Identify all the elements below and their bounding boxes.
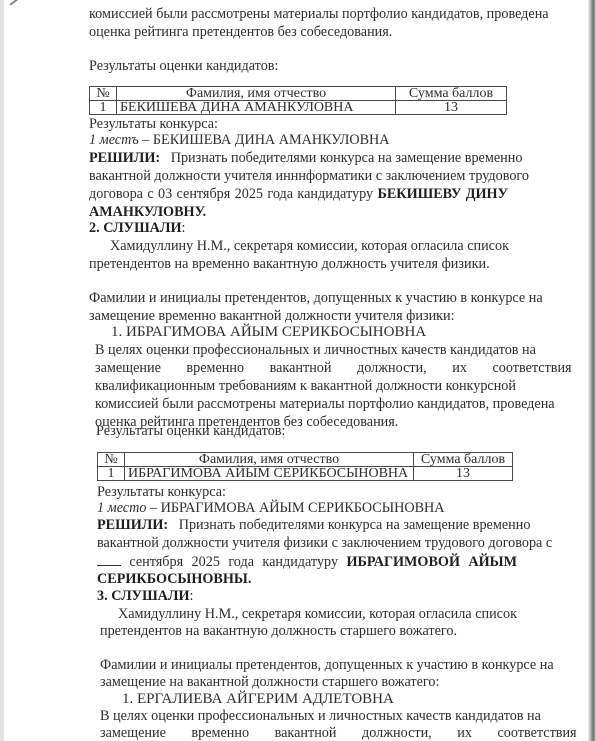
heading-text: 2. СЛУШАЛИ: [89, 220, 182, 236]
header-num: №: [90, 87, 117, 101]
cell-score: 13: [396, 101, 507, 115]
heard-line: претендентов на вакантную должность стар…: [100, 623, 519, 639]
header-score: Сумма баллов: [414, 453, 513, 467]
decided-text: сентября 2025 года кандидатуру: [129, 554, 338, 570]
document-page: комиссией были рассмотрены материалы пор…: [0, 0, 596, 741]
admitted-line: Фамилии и инициалы претендентов, допущен…: [89, 290, 508, 306]
eval-line: квалификационным требованиям к вакантной…: [95, 378, 516, 394]
results-contest-label: Результаты конкурса:: [97, 484, 397, 500]
header-num: №: [98, 453, 125, 467]
table-header-row: № Фамилия, имя отчество Сумма баллов: [90, 87, 507, 101]
results-contest-label: Результаты конкурса:: [89, 116, 389, 132]
place-dash: –: [139, 132, 153, 148]
decided-text: Признать победителями конкурса на замеще…: [179, 517, 531, 533]
cell-num: 1: [90, 101, 117, 115]
decided-text: договора с 03 сентября 2025 года кандида…: [89, 186, 373, 202]
header-name: Фамилия, имя отчество: [117, 87, 396, 101]
decided-candidate: СЕРИКБОСЫНОВНЫ.: [97, 571, 517, 587]
decided-line: сентября 2025 года кандидатуру ИБРАГИМОВ…: [97, 553, 517, 570]
eval-line: замещение временно вакантной должности, …: [95, 360, 516, 376]
table-header-row: № Фамилия, имя отчество Сумма баллов: [98, 453, 513, 467]
decided-label: РЕШИЛИ:: [89, 150, 160, 166]
header-name: Фамилия, имя отчество: [125, 453, 414, 467]
admitted-line: замещение временно вакантной должности у…: [89, 308, 508, 324]
winner-line: 1 место – ИБРАГИМОВА АЙЫМ СЕРИКБОСЫНОВНА: [97, 500, 516, 516]
results-table-2: № Фамилия, имя отчество Сумма баллов 1 И…: [97, 452, 513, 481]
cell-name: ИБРАГИМОВА АЙЫМ СЕРИКБОСЫНОВНА: [125, 467, 414, 481]
header-score: Сумма баллов: [396, 87, 507, 101]
eval-line: В целях оценки профессиональных и личнос…: [100, 708, 520, 724]
place-label: 1 местъ: [89, 132, 139, 148]
table-row: 1 ИБРАГИМОВА АЙЫМ СЕРИКБОСЫНОВНА 13: [98, 467, 513, 481]
table-row: 1 БЕКИШЕВА ДИНА АМАНКУЛОВНА 13: [90, 101, 507, 115]
decided-label: РЕШИЛИ:: [97, 517, 168, 533]
decided-line: РЕШИЛИ: Признать победителями конкурса н…: [97, 517, 517, 533]
decided-candidate: ИБРАГИМОВОЙ АЙЫМ: [346, 554, 517, 570]
cell-num: 1: [98, 467, 125, 481]
decided-line: вакантной должности учителя инннформатик…: [89, 168, 508, 184]
heading-text: 3. СЛУШАЛИ: [97, 588, 190, 604]
decided-line: договора с 03 сентября 2025 года кандида…: [89, 186, 508, 202]
cell-name: БЕКИШЕВА ДИНА АМАНКУЛОВНА: [117, 101, 396, 115]
decided-text: Признать победителями конкурса на замеще…: [171, 150, 523, 166]
results-table-1: № Фамилия, имя отчество Сумма баллов 1 Б…: [89, 86, 507, 115]
place-label: 1 место: [97, 500, 146, 516]
eval-line: комиссией были рассмотрены материалы пор…: [95, 396, 516, 412]
heard-line: Хамидуллину Н.М., секретаря комиссии, ко…: [110, 238, 508, 254]
results-eval-label: Результаты оценки кандидатов:: [96, 423, 396, 439]
cell-score: 13: [414, 467, 513, 481]
admitted-line: Фамилии и инициалы претендентов, допущен…: [100, 657, 520, 673]
decided-candidate: АМАНКУЛОВНУ.: [89, 204, 508, 220]
candidate-item: 1. ЕРГАЛИЕВА АЙГЕРИМ АДЛЕТОВНА: [122, 691, 522, 707]
admitted-line: замещение на вакантной должности старшег…: [100, 674, 520, 690]
decided-line: РЕШИЛИ: Признать победителями конкурса н…: [89, 150, 508, 166]
heading-colon: :: [182, 220, 186, 236]
eval-line: В целях оценки профессиональных и личнос…: [95, 342, 516, 358]
heard-line: Хамидуллину Н.М., секретаря комиссии, ко…: [118, 606, 516, 622]
decided-line: вакантной должности учителя физики с зак…: [97, 535, 517, 551]
section-heading: 3. СЛУШАЛИ:: [97, 588, 397, 604]
place-name: БЕКИШЕВА ДИНА АМАНКУЛОВНА: [153, 132, 390, 148]
results-eval-label: Результаты оценки кандидатов:: [89, 58, 389, 74]
paragraph-line: оценка рейтинга претендентов без собесед…: [89, 24, 508, 40]
place-name: ИБРАГИМОВА АЙЫМ СЕРИКБОСЫНОВНА: [161, 500, 445, 516]
heard-line: претендентов на временно вакантную должн…: [89, 256, 508, 272]
candidate-item: 1. ИБРАГИМОВА АЙЫМ СЕРИКБОСЫНОВНА: [111, 324, 511, 340]
section-heading: 2. СЛУШАЛИ:: [89, 220, 389, 236]
eval-line: замещение временно вакантной должности, …: [100, 725, 520, 741]
decided-candidate: БЕКИШЕВУ ДИНУ: [377, 186, 508, 202]
place-dash: –: [146, 500, 160, 516]
date-blank: [97, 553, 121, 566]
heading-colon: :: [190, 588, 194, 604]
winner-line: 1 местъ – БЕКИШЕВА ДИНА АМАНКУЛОВНА: [89, 132, 508, 148]
paragraph-line: комиссией были рассмотрены материалы пор…: [89, 6, 508, 22]
